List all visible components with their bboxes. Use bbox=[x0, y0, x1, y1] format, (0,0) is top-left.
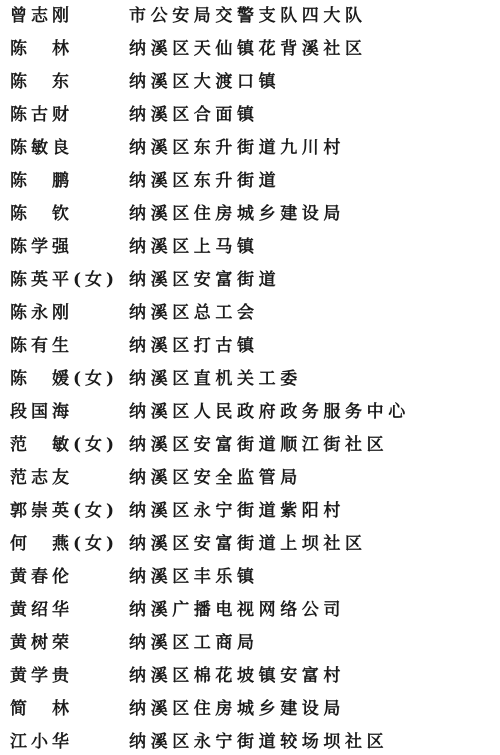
list-item: 段国海 纳溪区人民政府政务服务中心 bbox=[0, 396, 500, 429]
organization: 纳溪区安富街道 bbox=[129, 264, 280, 297]
person-name: 陈永刚 bbox=[10, 297, 125, 330]
organization: 市公安局交警支队四大队 bbox=[129, 0, 367, 33]
organization: 纳溪广播电视网络公司 bbox=[129, 594, 345, 627]
person-name: 江小华 bbox=[10, 726, 125, 755]
person-name: 黄春伦 bbox=[10, 561, 125, 594]
organization: 纳溪区上马镇 bbox=[129, 231, 259, 264]
organization: 纳溪区东升街道九川村 bbox=[129, 132, 345, 165]
person-name: 简 林 bbox=[10, 693, 125, 726]
list-item: 陈古财 纳溪区合面镇 bbox=[0, 99, 500, 132]
person-name: 陈敏良 bbox=[10, 132, 125, 165]
person-name: 范志友 bbox=[10, 462, 125, 495]
list-item: 陈 钦 纳溪区住房城乡建设局 bbox=[0, 198, 500, 231]
person-name: 郭崇英(女) bbox=[10, 495, 125, 528]
organization: 纳溪区打古镇 bbox=[129, 330, 259, 363]
list-item: 陈英平(女) 纳溪区安富街道 bbox=[0, 264, 500, 297]
list-item: 黄树荣 纳溪区工商局 bbox=[0, 627, 500, 660]
person-name: 黄树荣 bbox=[10, 627, 125, 660]
list-item: 何 燕(女) 纳溪区安富街道上坝社区 bbox=[0, 528, 500, 561]
list-item: 范 敏(女) 纳溪区安富街道顺江街社区 bbox=[0, 429, 500, 462]
organization: 纳溪区合面镇 bbox=[129, 99, 259, 132]
list-item: 郭崇英(女) 纳溪区永宁街道紫阳村 bbox=[0, 495, 500, 528]
list-item: 简 林 纳溪区住房城乡建设局 bbox=[0, 693, 500, 726]
organization: 纳溪区丰乐镇 bbox=[129, 561, 259, 594]
list-item: 陈学强 纳溪区上马镇 bbox=[0, 231, 500, 264]
organization: 纳溪区安富街道上坝社区 bbox=[129, 528, 367, 561]
list-item: 陈 林 纳溪区天仙镇花背溪社区 bbox=[0, 33, 500, 66]
organization: 纳溪区工商局 bbox=[129, 627, 259, 660]
person-name: 段国海 bbox=[10, 396, 125, 429]
organization: 纳溪区棉花坡镇安富村 bbox=[129, 660, 345, 693]
person-name: 范 敏(女) bbox=[10, 429, 125, 462]
list-item: 曾志刚 市公安局交警支队四大队 bbox=[0, 0, 500, 33]
list-item: 黄绍华 纳溪广播电视网络公司 bbox=[0, 594, 500, 627]
list-item: 陈 鹏 纳溪区东升街道 bbox=[0, 165, 500, 198]
person-name: 黄学贵 bbox=[10, 660, 125, 693]
organization: 纳溪区天仙镇花背溪社区 bbox=[129, 33, 367, 66]
organization: 纳溪区永宁街道紫阳村 bbox=[129, 495, 345, 528]
person-name: 陈有生 bbox=[10, 330, 125, 363]
organization: 纳溪区永宁街道较场坝社区 bbox=[129, 726, 388, 755]
list-item: 江小华 纳溪区永宁街道较场坝社区 bbox=[0, 726, 500, 755]
person-name: 陈 东 bbox=[10, 66, 125, 99]
person-name: 何 燕(女) bbox=[10, 528, 125, 561]
organization: 纳溪区人民政府政务服务中心 bbox=[129, 396, 410, 429]
list-item: 陈永刚 纳溪区总工会 bbox=[0, 297, 500, 330]
person-name: 曾志刚 bbox=[10, 0, 125, 33]
list-item: 黄学贵 纳溪区棉花坡镇安富村 bbox=[0, 660, 500, 693]
organization: 纳溪区东升街道 bbox=[129, 165, 280, 198]
person-name: 陈古财 bbox=[10, 99, 125, 132]
organization: 纳溪区总工会 bbox=[129, 297, 259, 330]
person-name: 黄绍华 bbox=[10, 594, 125, 627]
list-item: 黄春伦 纳溪区丰乐镇 bbox=[0, 561, 500, 594]
person-name: 陈 媛(女) bbox=[10, 363, 125, 396]
organization: 纳溪区住房城乡建设局 bbox=[129, 693, 345, 726]
list-item: 陈敏良 纳溪区东升街道九川村 bbox=[0, 132, 500, 165]
list-item: 陈 东 纳溪区大渡口镇 bbox=[0, 66, 500, 99]
organization: 纳溪区安富街道顺江街社区 bbox=[129, 429, 388, 462]
organization: 纳溪区安全监管局 bbox=[129, 462, 302, 495]
list-item: 陈有生 纳溪区打古镇 bbox=[0, 330, 500, 363]
person-name: 陈 林 bbox=[10, 33, 125, 66]
person-name: 陈学强 bbox=[10, 231, 125, 264]
person-name: 陈 鹏 bbox=[10, 165, 125, 198]
person-name: 陈英平(女) bbox=[10, 264, 125, 297]
organization: 纳溪区大渡口镇 bbox=[129, 66, 280, 99]
list-item: 陈 媛(女) 纳溪区直机关工委 bbox=[0, 363, 500, 396]
organization: 纳溪区住房城乡建设局 bbox=[129, 198, 345, 231]
list-item: 范志友 纳溪区安全监管局 bbox=[0, 462, 500, 495]
person-name: 陈 钦 bbox=[10, 198, 125, 231]
organization: 纳溪区直机关工委 bbox=[129, 363, 302, 396]
